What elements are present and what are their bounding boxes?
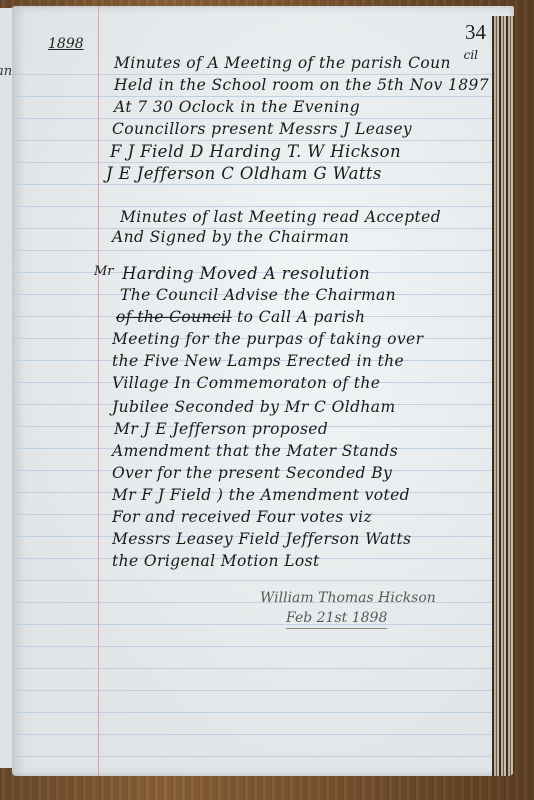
resolution-struck-line: of the Council to Call A parish	[116, 308, 365, 326]
previous-minutes-line: Minutes of last Meeting read Accepted	[120, 208, 441, 226]
resolution-line: Mr F J Field ) the Amendment voted	[112, 486, 410, 504]
resolution-line: the Origenal Motion Lost	[112, 552, 320, 570]
resolution-line: Village In Commemoraton of the	[112, 374, 380, 392]
ruled-line	[12, 118, 514, 119]
resolution-line: Mr J E Jefferson proposed	[114, 420, 328, 438]
resolution-line: The Council Advise the Chairman	[120, 286, 396, 304]
ruled-line	[12, 162, 514, 163]
ledger-page: 34 cil 1898 Minutes of A Meeting of the …	[12, 6, 514, 776]
previous-minutes-line: And Signed by the Chairman	[112, 228, 349, 246]
heading-line: Held in the School room on the 5th Nov 1…	[114, 76, 489, 94]
ruled-line	[12, 206, 514, 207]
struck-text: of the Council	[116, 308, 232, 326]
resolution-line: Messrs Leasey Field Jefferson Watts	[112, 530, 411, 548]
ruled-line	[12, 74, 514, 75]
resolution-line: Harding Moved A resolution	[122, 264, 370, 283]
resolution-prefix: Mr	[94, 264, 114, 279]
resolution-line: For and received Four votes viz	[112, 508, 372, 526]
year-heading: 1898	[48, 36, 84, 52]
ruled-line	[12, 668, 514, 669]
resolution-line: Amendment that the Mater Stands	[112, 442, 398, 460]
margin-line	[98, 6, 99, 776]
ruled-line	[12, 712, 514, 713]
ruled-line	[12, 624, 514, 625]
ruled-line	[12, 184, 514, 185]
page-number: 34	[465, 20, 486, 45]
attendance-line: Councillors present Messrs J Leasey	[112, 120, 412, 138]
page-stack-edges	[492, 16, 514, 776]
resolution-line: Over for the present Seconded By	[112, 464, 392, 482]
ruled-line	[12, 250, 514, 251]
attendance-line: F J Field D Harding T. W Hickson	[110, 142, 401, 161]
ruled-line	[12, 580, 514, 581]
ruled-line	[12, 140, 514, 141]
ruled-line	[12, 734, 514, 735]
resolution-text: to Call A parish	[232, 308, 366, 326]
corner-note: cil	[464, 48, 478, 62]
heading-line: At 7 30 Oclock in the Evening	[114, 98, 360, 116]
ruled-line	[12, 646, 514, 647]
heading-line: Minutes of A Meeting of the parish Coun	[114, 54, 451, 72]
ruled-line	[12, 690, 514, 691]
attendance-line: J E Jefferson C Oldham G Watts	[106, 164, 382, 183]
ruled-line	[12, 96, 514, 97]
signature-name: William Thomas Hickson	[260, 590, 436, 606]
resolution-line: Meeting for the purpas of taking over	[112, 330, 423, 348]
ruled-line	[12, 756, 514, 757]
resolution-line: the Five New Lamps Erected in the	[112, 352, 404, 370]
signature-date: Feb 21st 1898	[286, 610, 387, 629]
resolution-line: Jubilee Seconded by Mr C Oldham	[112, 398, 396, 416]
